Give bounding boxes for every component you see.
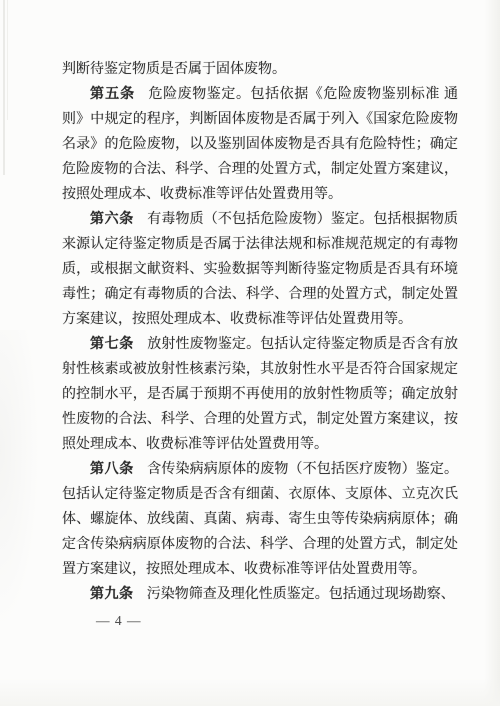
paragraph-article-7: 第七条放射性废物鉴定。包括认定待鉴定物质是否含有放射性核素或被放射性核素污染，其… bbox=[62, 332, 458, 457]
paragraph-text: 危险废物鉴定。包括依据《危险废物鉴别标准 通则》中规定的程序，判断固体废物是否属… bbox=[62, 87, 458, 202]
article-9-label: 第九条 bbox=[90, 587, 134, 602]
scan-smudge bbox=[0, 330, 40, 630]
paragraph-article-5: 第五条危险废物鉴定。包括依据《危险废物鉴别标准 通则》中规定的程序，判断固体废物… bbox=[62, 82, 458, 207]
document-page: 判断待鉴定物质是否属于固体废物。 第五条危险废物鉴定。包括依据《危险废物鉴别标准… bbox=[0, 0, 500, 706]
page-number: — 4 — bbox=[96, 613, 142, 629]
paragraph-text: 放射性废物鉴定。包括认定待鉴定物质是否含有放射性核素或被放射性核素污染，其放射性… bbox=[62, 337, 458, 452]
paragraph-article-6: 第六条有毒物质（不包括危险废物）鉴定。包括根据物质来源认定待鉴定物质是否属于法律… bbox=[62, 207, 458, 332]
article-7-label: 第七条 bbox=[90, 337, 134, 352]
paragraph-article-8: 第八条含传染病病原体的废物（不包括医疗废物）鉴定。包括认定待鉴定物质是否含有细菌… bbox=[62, 457, 458, 582]
paragraph-text: 判断待鉴定物质是否属于固体废物。 bbox=[62, 62, 286, 77]
paragraph-continuation: 判断待鉴定物质是否属于固体废物。 bbox=[62, 57, 458, 82]
article-5-label: 第五条 bbox=[90, 87, 135, 102]
document-body: 判断待鉴定物质是否属于固体废物。 第五条危险废物鉴定。包括依据《危险废物鉴别标准… bbox=[62, 57, 458, 607]
article-6-label: 第六条 bbox=[90, 212, 134, 227]
paragraph-text: 污染物筛查及理化性质鉴定。包括通过现场勘察、 bbox=[147, 587, 455, 602]
scan-bottom-shadow bbox=[0, 678, 500, 706]
article-8-label: 第八条 bbox=[90, 462, 134, 477]
page-number-text: — 4 — bbox=[96, 613, 142, 628]
scan-edge-line-secondary bbox=[7, 0, 8, 120]
scan-edge-line bbox=[3, 0, 5, 175]
paragraph-text: 含传染病病原体的废物（不包括医疗废物）鉴定。包括认定待鉴定物质是否含有细菌、衣原… bbox=[62, 462, 458, 577]
scan-right-shadow bbox=[484, 0, 500, 706]
paragraph-text: 有毒物质（不包括危险废物）鉴定。包括根据物质来源认定待鉴定物质是否属于法律法规和… bbox=[62, 212, 458, 327]
paragraph-article-9: 第九条污染物筛查及理化性质鉴定。包括通过现场勘察、 bbox=[62, 582, 458, 607]
